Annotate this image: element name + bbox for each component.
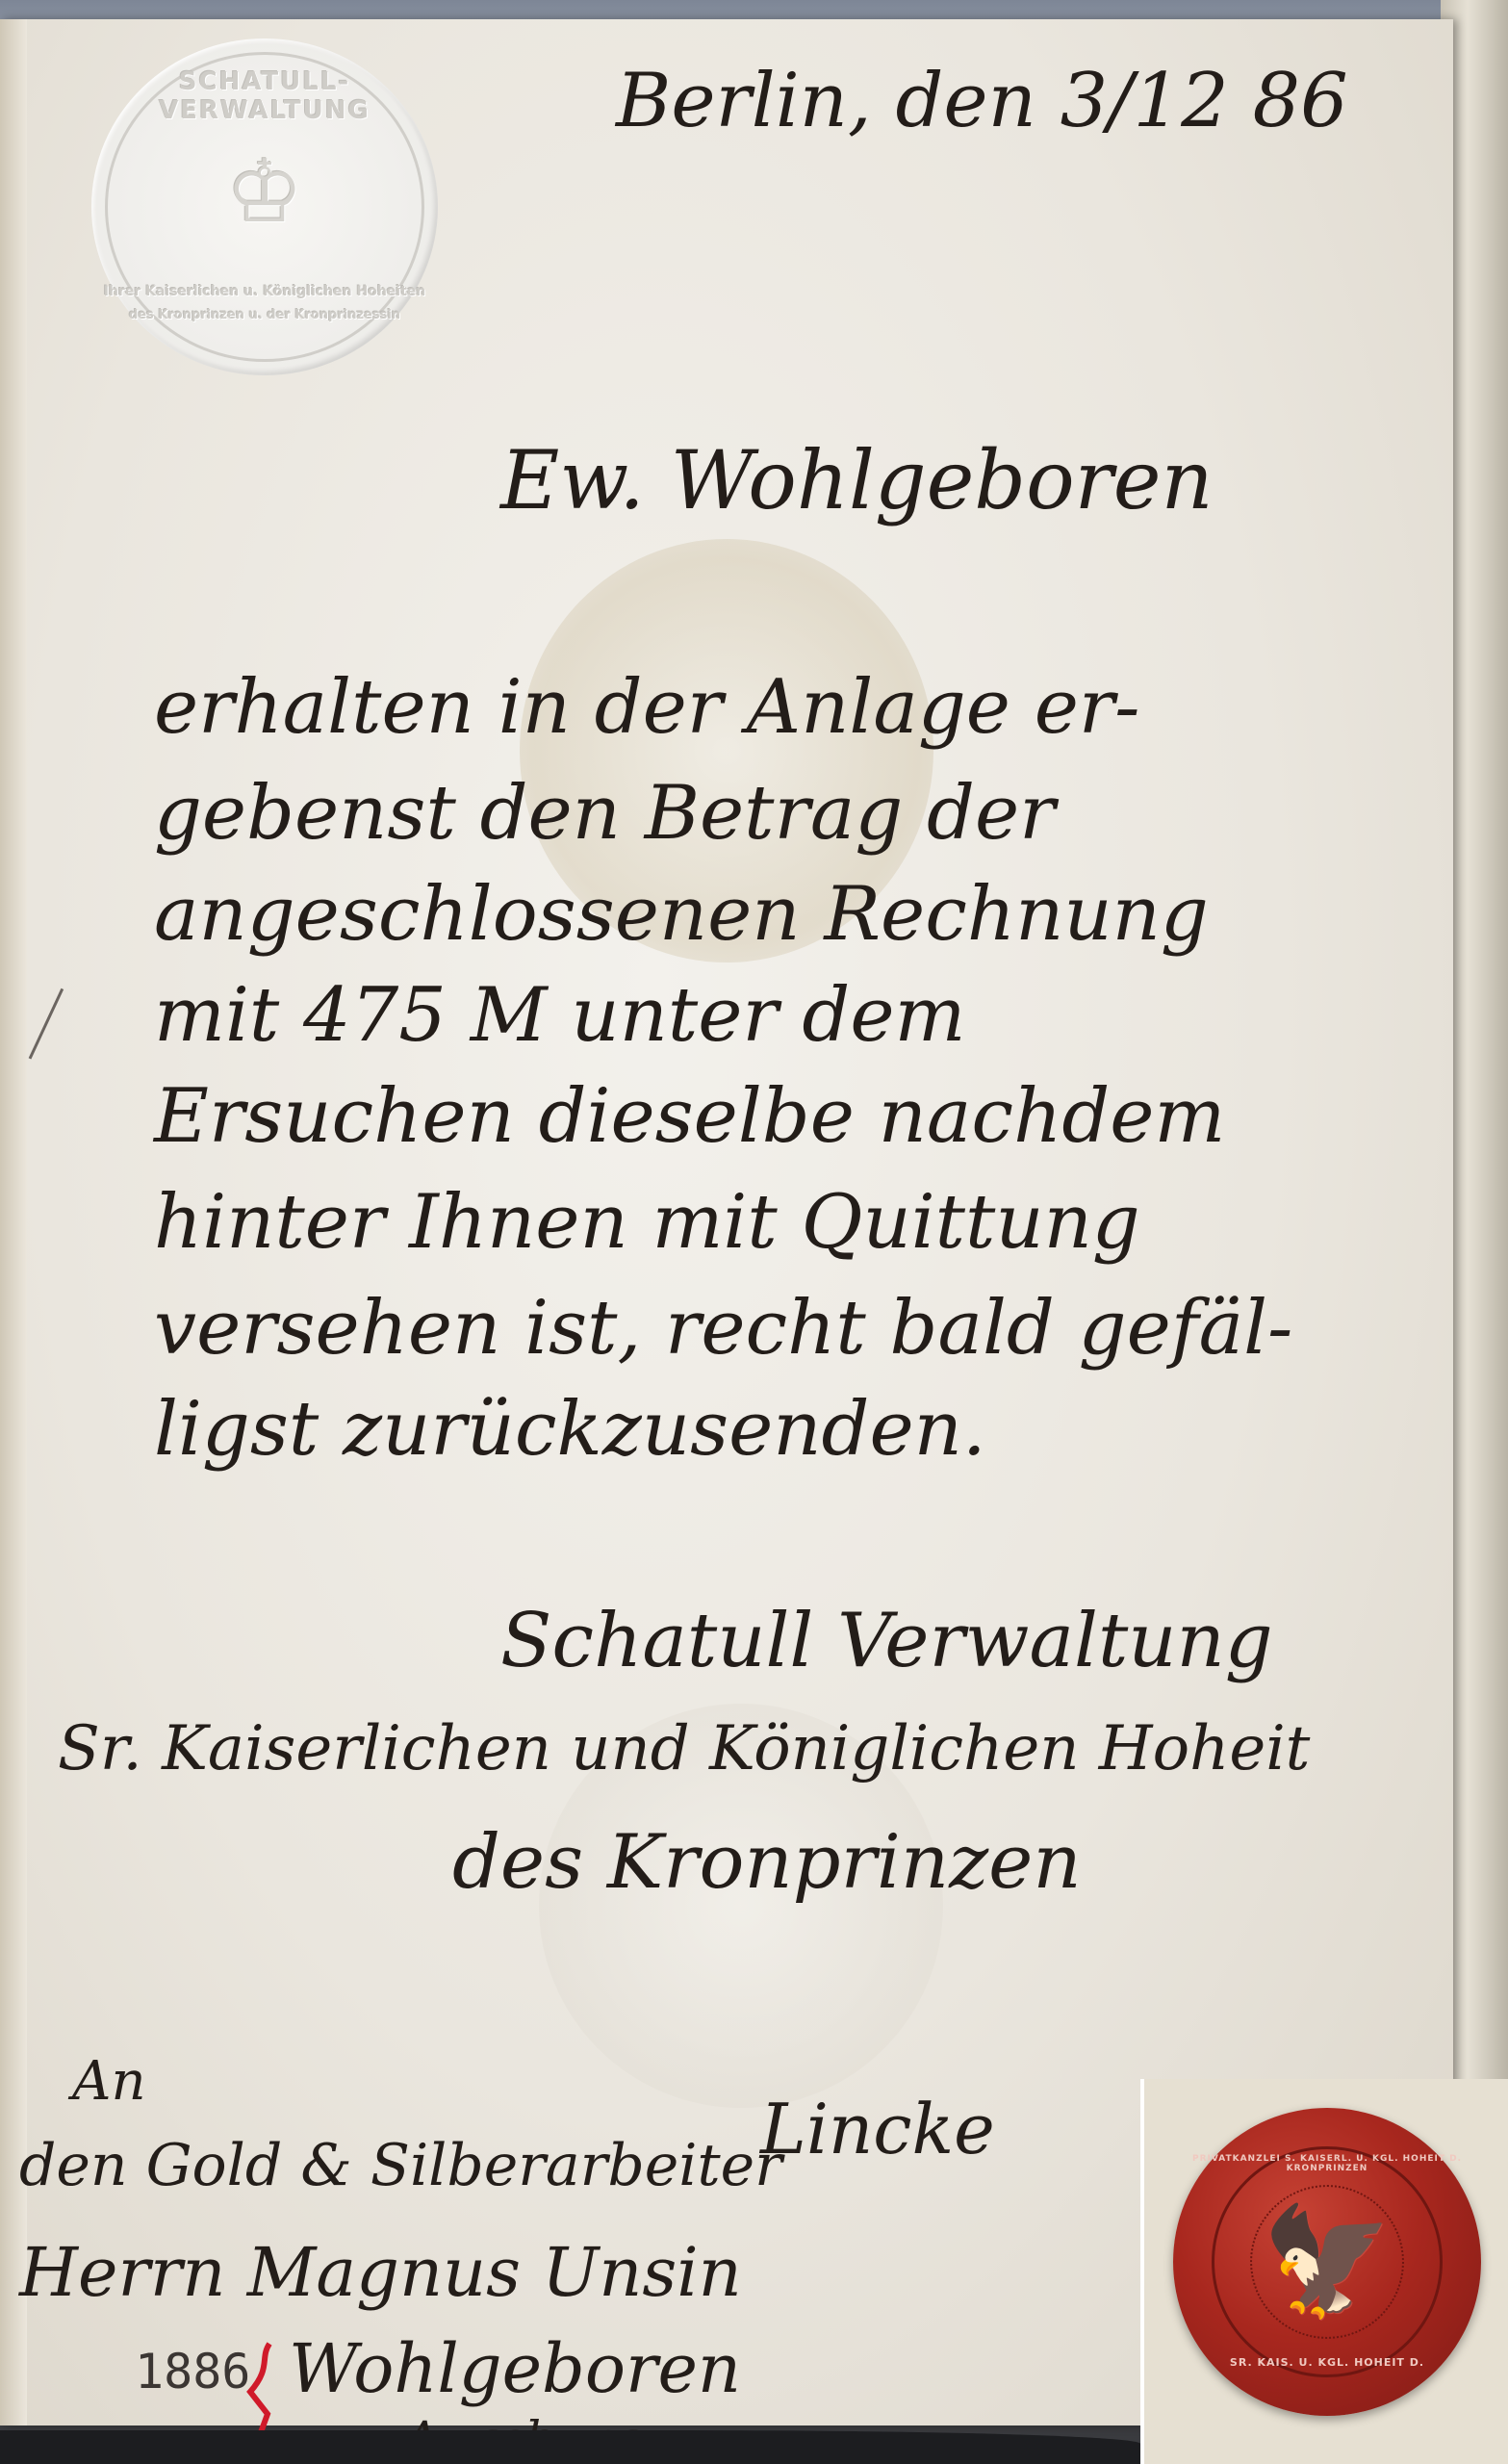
embossed-seal-bottom-text-1: Ihrer Kaiserlichen u. Königlichen Hoheit…: [91, 284, 438, 299]
wax-seal-bottom-text: SR. KAIS. U. KGL. HOHEIT D.: [1173, 2356, 1481, 2369]
salutation: Ew. Wohlgeboren: [500, 433, 1214, 527]
body-line: ligst zurückzusenden.: [154, 1386, 986, 1473]
place-date: Berlin, den 3/12 86: [616, 58, 1348, 144]
signature-block-line: des Kronprinzen: [452, 1819, 1082, 1906]
address-line: Wohlgeboren: [289, 2329, 741, 2408]
body-line: erhalten in der Anlage er-: [154, 664, 1140, 751]
embossed-seal: SCHATULL-VERWALTUNG ♔ Ihrer Kaiserlichen…: [91, 38, 438, 375]
imperial-eagle-icon: 🦅: [1173, 2199, 1481, 2323]
body-line: mit 475 M unter dem: [154, 972, 966, 1059]
page-edge: [0, 19, 27, 2425]
signature-block-line: Schatull Verwaltung: [500, 1598, 1273, 1684]
address-line: Herrn Magnus Unsin: [19, 2233, 742, 2312]
wax-seal: PRIVATKANZLEI S. KAISERL. U. KGL. HOHEIT…: [1173, 2108, 1481, 2416]
address-line: den Gold & Silberarbeiter: [19, 2132, 782, 2199]
bottom-shadow: [0, 2430, 1140, 2464]
wax-seal-top-text: PRIVATKANZLEI S. KAISERL. U. KGL. HOHEIT…: [1173, 2154, 1481, 2173]
crowned-coat-of-arms-icon: ♔: [217, 130, 313, 255]
embossed-seal-top-text: SCHATULL-VERWALTUNG: [91, 67, 438, 125]
body-line: hinter Ihnen mit Quittung: [154, 1179, 1140, 1266]
address-prefix: An: [72, 2050, 146, 2113]
embossed-seal-bottom-text-2: des Kronprinzen u. der Kronprinzessin: [91, 308, 438, 322]
signature: Lincke: [760, 2089, 995, 2169]
body-line: versehen ist, recht bald gefäl-: [154, 1285, 1292, 1372]
body-line: gebenst den Betrag der: [154, 770, 1055, 857]
body-line: angeschlossenen Rechnung: [154, 871, 1209, 958]
signature-block-line: Sr. Kaiserlichen und Königlichen Hoheit: [58, 1713, 1310, 1784]
wax-seal-inset: PRIVATKANZLEI S. KAISERL. U. KGL. HOHEIT…: [1140, 2079, 1508, 2464]
body-line: Ersuchen dieselbe nachdem: [154, 1073, 1225, 1160]
